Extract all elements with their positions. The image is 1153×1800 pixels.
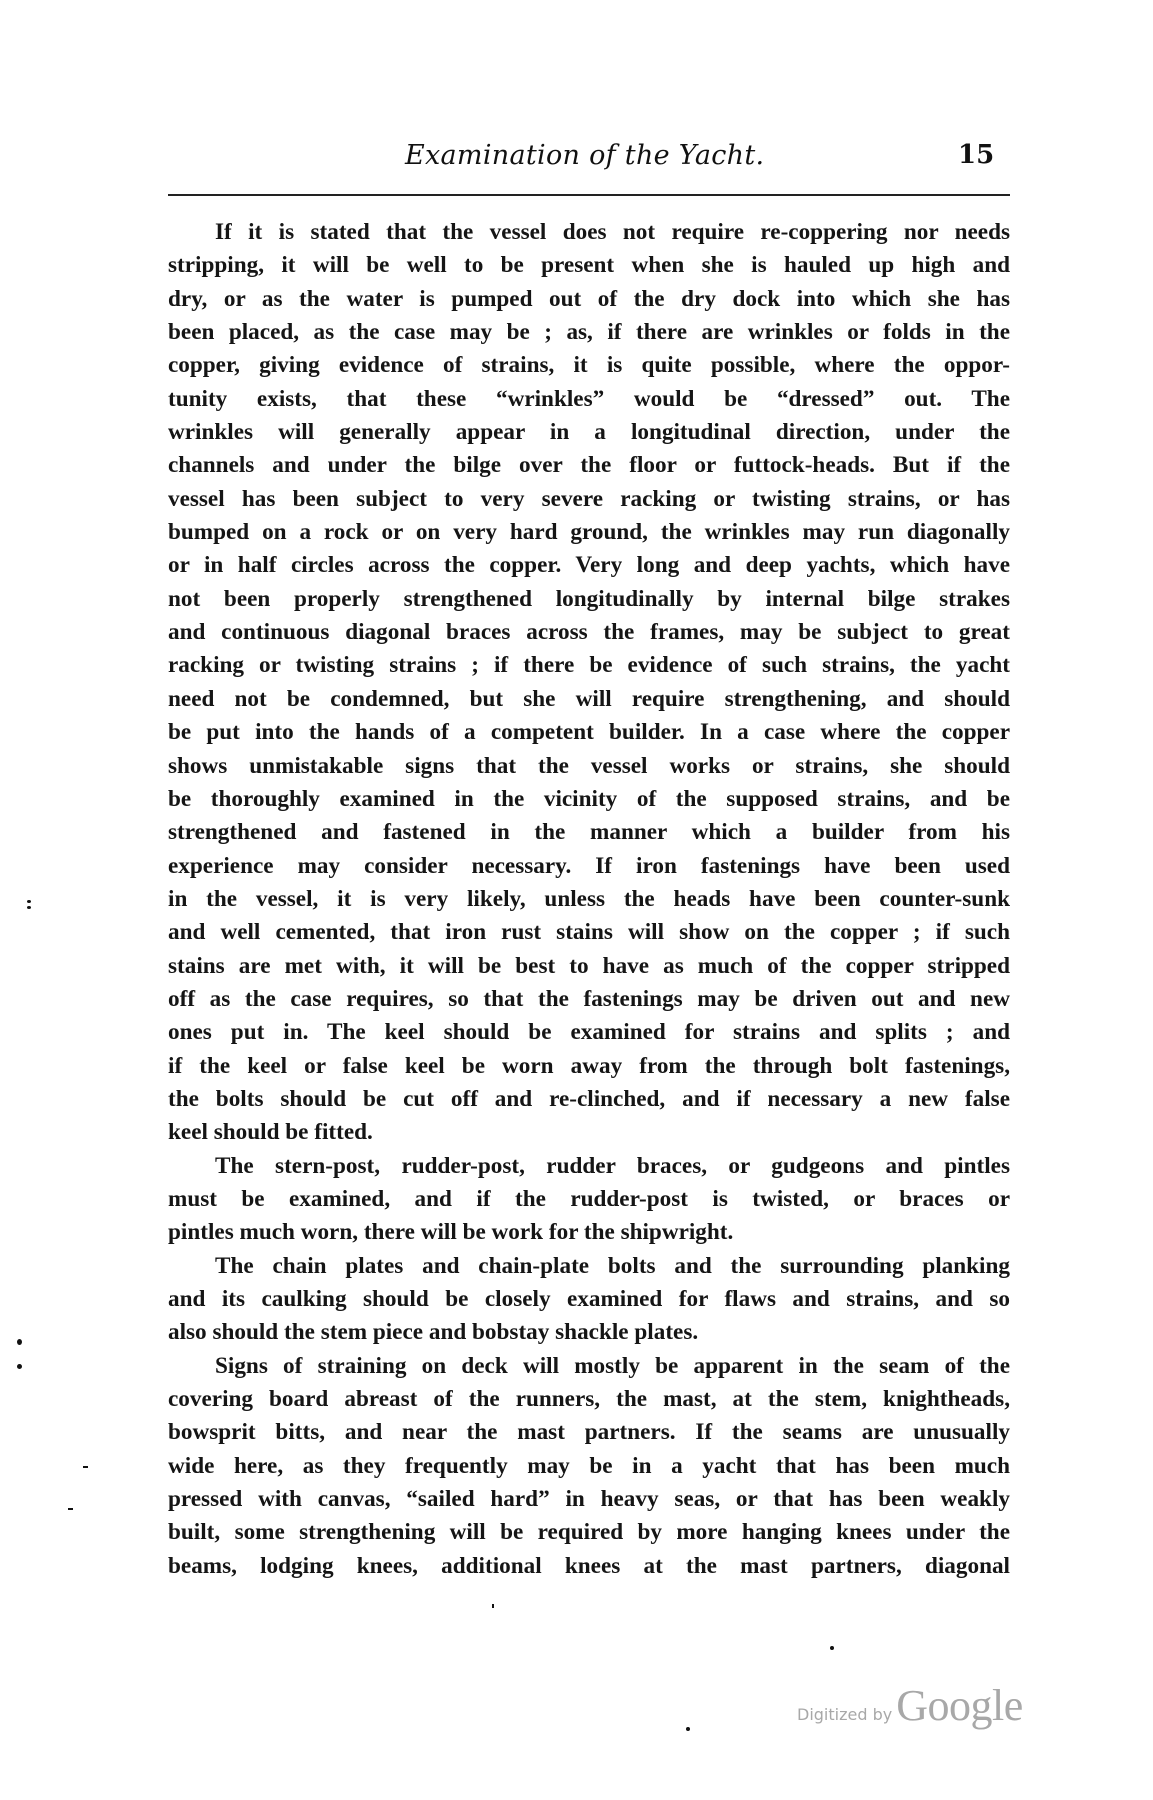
text-line: shows unmistakable signs that the vessel…	[168, 750, 1010, 783]
digitized-by-google-watermark: Digitized byGoogle	[797, 1680, 1023, 1740]
text-line: the bolts should be cut off and re-clinc…	[168, 1083, 1010, 1116]
text-line: bumped on a rock or on very hard ground,…	[168, 516, 1010, 549]
body-text: If it is stated that the vessel does not…	[168, 216, 1010, 1583]
text-line: experience may consider necessary. If ir…	[168, 850, 1010, 883]
text-line: off as the case requires, so that the fa…	[168, 983, 1010, 1016]
text-line: must be examined, and if the rudder-post…	[168, 1183, 1010, 1216]
text-line: bowsprit bitts, and near the mast partne…	[168, 1416, 1010, 1449]
paragraph-hull-copper: If it is stated that the vessel does not…	[168, 216, 1010, 1150]
text-line: The chain plates and chain-plate bolts a…	[168, 1250, 1010, 1283]
scan-speck	[27, 900, 31, 903]
text-line: not been properly strengthened longitudi…	[168, 583, 1010, 616]
text-line: copper, giving evidence of strains, it i…	[168, 349, 1010, 382]
scan-speck	[686, 1727, 690, 1731]
text-line: Signs of straining on deck will mostly b…	[168, 1350, 1010, 1383]
running-title: Examination of the Yacht.	[405, 140, 764, 171]
text-line: pressed with canvas, “sailed hard” in he…	[168, 1483, 1010, 1516]
running-head: Examination of the Yacht. 15	[168, 140, 1010, 180]
text-line: racking or twisting strains ; if there b…	[168, 649, 1010, 682]
text-line: pintles much worn, there will be work fo…	[168, 1216, 1010, 1249]
text-line: ones put in. The keel should be examined…	[168, 1016, 1010, 1049]
text-line: keel should be fitted.	[168, 1116, 1010, 1149]
text-line: also should the stem piece and bobstay s…	[168, 1316, 1010, 1349]
text-line: be put into the hands of a competent bui…	[168, 716, 1010, 749]
text-line: been placed, as the case may be ; as, if…	[168, 316, 1010, 349]
text-line: built, some strengthening will be requir…	[168, 1516, 1010, 1549]
text-line: covering board abreast of the runners, t…	[168, 1383, 1010, 1416]
text-line: The stern-post, rudder-post, rudder brac…	[168, 1150, 1010, 1183]
google-logo: Google	[896, 1681, 1023, 1730]
text-line: stains are met with, it will be best to …	[168, 950, 1010, 983]
text-line: and continuous diagonal braces across th…	[168, 616, 1010, 649]
text-line: channels and under the bilge over the fl…	[168, 449, 1010, 482]
text-line: and well cemented, that iron rust stains…	[168, 916, 1010, 949]
text-line: tunity exists, that these “wrinkles” wou…	[168, 383, 1010, 416]
page-number: 15	[958, 140, 994, 170]
text-line: if the keel or false keel be worn away f…	[168, 1050, 1010, 1083]
text-line: be thoroughly examined in the vicinity o…	[168, 783, 1010, 816]
text-line: strengthened and fastened in the manner …	[168, 816, 1010, 849]
header-rule	[168, 194, 1010, 196]
book-page: Examination of the Yacht. 15 If it is st…	[0, 0, 1153, 1800]
scan-speck	[17, 1339, 22, 1345]
text-line: If it is stated that the vessel does not…	[168, 216, 1010, 249]
scan-speck	[83, 1466, 88, 1468]
text-line: need not be condemned, but she will requ…	[168, 683, 1010, 716]
text-line: wrinkles will generally appear in a long…	[168, 416, 1010, 449]
scan-speck	[17, 1364, 22, 1369]
text-line: beams, lodging knees, additional knees a…	[168, 1550, 1010, 1583]
watermark-prefix: Digitized by	[797, 1705, 892, 1724]
paragraph-chain-plates: The chain plates and chain-plate bolts a…	[168, 1250, 1010, 1350]
paragraph-deck-straining: Signs of straining on deck will mostly b…	[168, 1350, 1010, 1583]
text-line: wide here, as they frequently may be in …	[168, 1450, 1010, 1483]
text-line: in the vessel, it is very likely, unless…	[168, 883, 1010, 916]
scan-speck	[492, 1604, 494, 1608]
text-line: or in half circles across the copper. Ve…	[168, 549, 1010, 582]
scan-speck	[68, 1508, 73, 1510]
text-line: vessel has been subject to very severe r…	[168, 483, 1010, 516]
paragraph-stern-post: The stern-post, rudder-post, rudder brac…	[168, 1150, 1010, 1250]
text-line: stripping, it will be well to be present…	[168, 249, 1010, 282]
text-line: dry, or as the water is pumped out of th…	[168, 283, 1010, 316]
scan-speck	[27, 906, 31, 909]
text-line: and its caulking should be closely exami…	[168, 1283, 1010, 1316]
scan-speck	[830, 1646, 834, 1650]
